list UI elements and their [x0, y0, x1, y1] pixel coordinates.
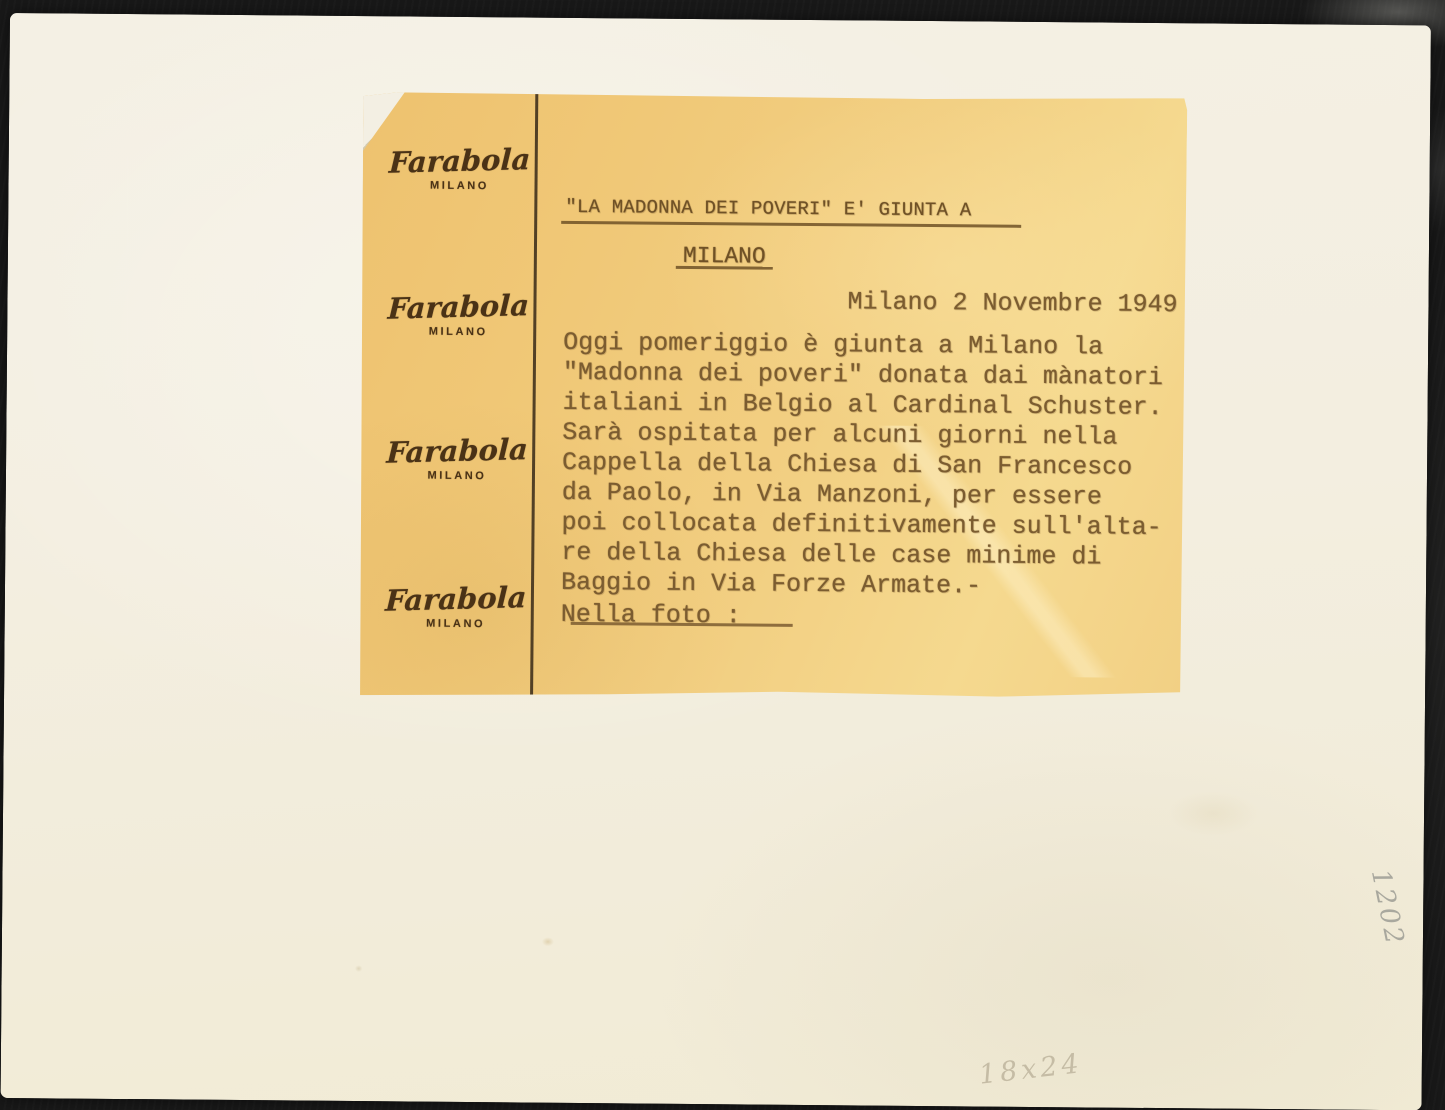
paper-stain	[1153, 783, 1274, 844]
agency-city: MILANO	[384, 179, 534, 192]
agency-caption-label: Farabola MILANO Farabola MILANO Farabola…	[358, 91, 1187, 702]
caption-dateline: Milano 2 Novembre 1949	[847, 287, 1177, 319]
handwritten-size-note: 18x24	[977, 1048, 1084, 1091]
caption-body-line: Baggio in Via Forze Armate.-	[561, 570, 981, 600]
paper-stain	[540, 936, 556, 948]
caption-body-line: Oggi pomeriggio è giunta a Milano la	[563, 330, 1103, 361]
caption-body-line: "Madonna dei poveri" donata dai mànatori	[563, 360, 1163, 391]
caption-body-line: Sarà ospitata per alcuni giorni nella	[562, 420, 1117, 451]
title-underline	[676, 266, 773, 270]
title-underline	[561, 221, 1021, 228]
agency-city: MILANO	[381, 617, 531, 630]
farabola-logo: Farabola MILANO	[384, 145, 534, 192]
caption-body-line: re della Chiesa delle case minime di	[561, 540, 1101, 571]
caption-body-line: poi collocata definitivamente sull'alta-	[561, 510, 1161, 541]
handwritten-archive-number: 1202	[1365, 867, 1410, 950]
caption-body-line: Cappella della Chiesa di San Francesco	[562, 450, 1132, 481]
farabola-logo: Farabola MILANO	[382, 435, 532, 482]
label-folded-corner	[363, 91, 406, 151]
agency-city: MILANO	[383, 325, 533, 338]
agency-city: MILANO	[382, 469, 532, 482]
caption-title-line1: "LA MADONNA DEI POVERI" E' GIUNTA A	[565, 196, 971, 222]
caption-body-line: italiani in Belgio al Cardinal Schuster.	[563, 390, 1163, 421]
scanned-photo-back: Farabola MILANO Farabola MILANO Farabola…	[0, 0, 1445, 1110]
farabola-logo: Farabola MILANO	[383, 291, 533, 338]
photo-back-card: Farabola MILANO Farabola MILANO Farabola…	[1, 13, 1431, 1110]
paper-stain	[354, 964, 364, 973]
farabola-logo: Farabola MILANO	[381, 583, 531, 630]
agency-name: Farabola	[382, 434, 533, 468]
caption-body-line: da Paolo, in Via Manzoni, per essere	[562, 480, 1102, 511]
agency-name: Farabola	[383, 290, 534, 324]
agency-name: Farabola	[384, 144, 535, 178]
agency-name: Farabola	[380, 582, 531, 616]
